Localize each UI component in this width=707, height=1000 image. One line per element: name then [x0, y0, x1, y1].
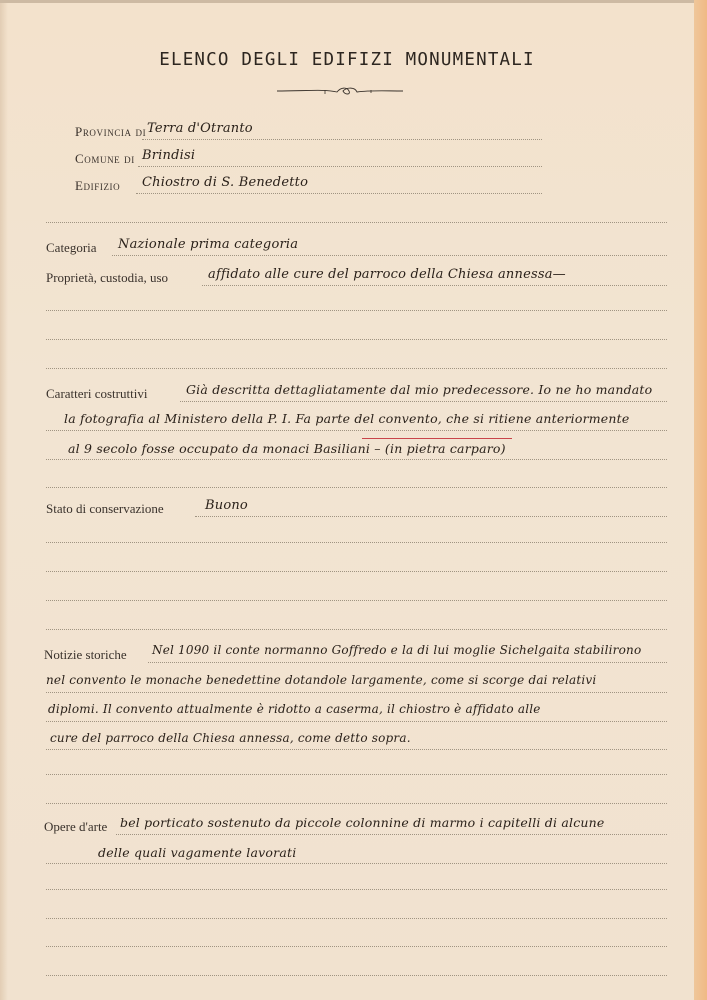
- comune-label: Comune di: [75, 151, 135, 167]
- notizie-line-2: nel convento le monache benedettine dota…: [46, 673, 596, 687]
- provincia-label: Provincia di: [75, 124, 146, 140]
- notizie-label: Notizie storiche: [44, 647, 127, 663]
- proprieta-value: affidato alle cure del parroco della Chi…: [208, 267, 566, 282]
- caratteri-rule-3: [46, 459, 667, 460]
- provincia-rule: [142, 139, 542, 140]
- opere-rule-5: [46, 946, 667, 947]
- notizie-rule-6: [46, 803, 667, 804]
- edifizio-value: Chiostro di S. Benedetto: [142, 175, 308, 190]
- caratteri-line-2: la fotografia al Ministero della P. I. F…: [64, 411, 629, 426]
- proprieta-rule: [202, 285, 667, 286]
- edifizio-label: Edifizio: [75, 178, 120, 194]
- caratteri-rule-4: [46, 487, 667, 488]
- caratteri-line-1: Già descritta dettagliatamente dal mio p…: [186, 382, 652, 397]
- top-edge: [0, 0, 707, 3]
- document-title: ELENCO DEGLI EDIFIZI MONUMENTALI: [0, 50, 694, 70]
- opere-rule-1: [116, 834, 667, 835]
- notizie-rule-5: [46, 774, 667, 775]
- notizie-rule-2: [46, 692, 667, 693]
- opere-rule-3: [46, 889, 667, 890]
- notizie-line-4: cure del parroco della Chiesa annessa, c…: [50, 731, 411, 745]
- categoria-label: Categoria: [46, 240, 97, 256]
- proprieta-label: Proprietà, custodia, uso: [46, 270, 168, 286]
- document-page: ELENCO DEGLI EDIFIZI MONUMENTALI Provinc…: [0, 0, 694, 1000]
- opere-line-2: delle quali vagamente lavorati: [98, 845, 296, 860]
- comune-rule: [138, 166, 542, 167]
- notizie-rule-3: [46, 721, 667, 722]
- red-underline: [362, 438, 512, 439]
- stato-rule-3: [46, 571, 667, 572]
- caratteri-rule-2: [46, 430, 667, 431]
- notizie-rule-4: [46, 749, 667, 750]
- stato-rule-5: [46, 629, 667, 630]
- stato-rule: [195, 516, 667, 517]
- stato-value: Buono: [205, 498, 248, 513]
- opere-label: Opere d'arte: [44, 819, 107, 835]
- underlying-page-edge: [694, 0, 707, 1000]
- provincia-value: Terra d'Otranto: [147, 121, 253, 136]
- comune-value: Brindisi: [142, 148, 195, 163]
- caratteri-rule-1: [180, 401, 667, 402]
- flourish-ornament-icon: [275, 83, 405, 97]
- caratteri-line-3: al 9 secolo fosse occupato da monaci Bas…: [68, 441, 506, 456]
- blank-rule: [46, 222, 667, 223]
- proprieta-rule-4: [46, 368, 667, 369]
- notizie-line-3: diplomi. Il convento attualmente è ridot…: [48, 702, 541, 716]
- categoria-value: Nazionale prima categoria: [118, 237, 298, 252]
- opere-rule-4: [46, 918, 667, 919]
- stato-rule-2: [46, 542, 667, 543]
- opere-rule-6: [46, 975, 667, 976]
- opere-rule-2: [46, 863, 667, 864]
- stato-rule-4: [46, 600, 667, 601]
- edifizio-rule: [136, 193, 542, 194]
- notizie-line-1: Nel 1090 il conte normanno Goffredo e la…: [152, 643, 641, 657]
- notizie-rule-1: [148, 662, 667, 663]
- proprieta-rule-2: [46, 310, 667, 311]
- caratteri-label: Caratteri costruttivi: [46, 386, 147, 402]
- opere-line-1: bel porticato sostenuto da piccole colon…: [120, 815, 605, 830]
- proprieta-rule-3: [46, 339, 667, 340]
- categoria-rule: [112, 255, 667, 256]
- stato-label: Stato di conservazione: [46, 501, 164, 517]
